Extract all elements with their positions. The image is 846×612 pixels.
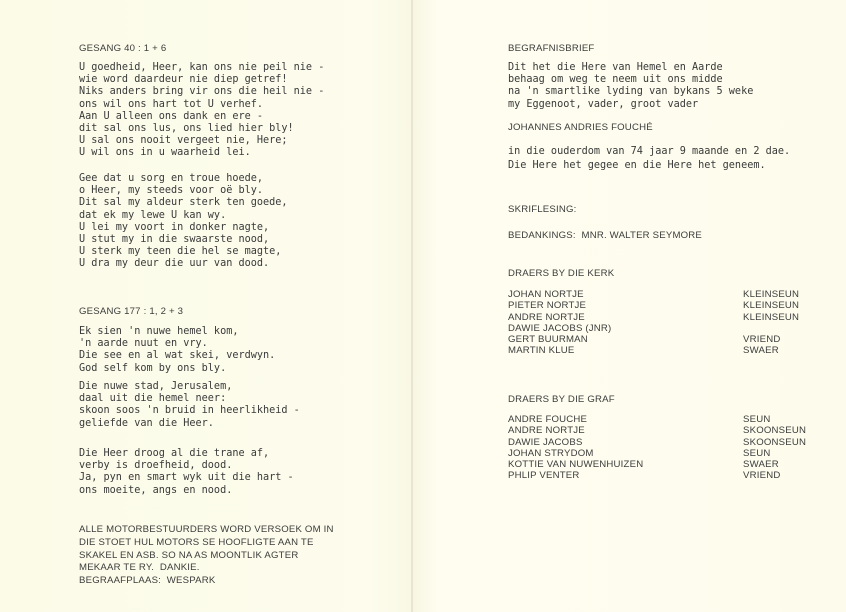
text-line: U wil ons in u waarheid lei. (79, 147, 324, 159)
bearer-relation: SWAER (743, 345, 779, 356)
bearer-relation: SKOONSEUN (743, 425, 806, 436)
bearer-name: GERT BUURMAN (508, 334, 743, 345)
text-line: Ek sien 'n nuwe hemel kom, (79, 326, 275, 338)
bearer-row: GERT BUURMANVRIEND (508, 334, 799, 345)
bearer-row: DAWIE JACOBSSKOONSEUN (508, 437, 806, 448)
text-line: BEGRAAFPLAAS: WESPARK (79, 575, 334, 588)
text-line: U sal ons nooit vergeet nie, Here; (79, 135, 324, 147)
hymn2-stanza3: Die Heer droog al die trane af,verby is … (79, 448, 294, 497)
bearer-row: PIETER NORTJEKLEINSEUN (508, 300, 799, 311)
text-line: Die Heer droog al die trane af, (79, 448, 294, 460)
bearer-relation: VRIEND (743, 334, 780, 345)
text-line: my Eggenoot, vader, groot vader (508, 99, 753, 111)
text-line: God self kom by ons bly. (79, 363, 275, 375)
text-line: geliefde van die Heer. (79, 418, 300, 430)
bearer-relation: SKOONSEUN (743, 437, 806, 448)
text-line: U lei my voort in donker nagte, (79, 222, 288, 234)
bearer-relation: KLEINSEUN (743, 300, 799, 311)
scripture-reading-label: SKRIFLESING: (508, 204, 577, 216)
bearer-row: ANDRE NORTJESKOONSEUN (508, 425, 806, 436)
bearer-name: PIETER NORTJE (508, 300, 743, 311)
hymn2-title: GESANG 177 : 1, 2 + 3 (79, 306, 183, 318)
bearer-relation: VRIEND (743, 470, 780, 481)
bearers-grave-table: ANDRE FOUCHESEUNANDRE NORTJESKOONSEUNDAW… (508, 414, 806, 482)
text-line: U dra my deur die uur van dood. (79, 258, 288, 270)
bearer-relation: SEUN (743, 414, 770, 425)
bearer-row: KOTTIE VAN NUWENHUIZENSWAER (508, 459, 806, 470)
bearer-name: ANDRE NORTJE (508, 312, 743, 323)
bearer-name: PHLIP VENTER (508, 470, 743, 481)
hymn1-stanza1: U goedheid, Heer, kan ons nie peil nie -… (79, 62, 324, 160)
text-line: wie word daardeur nie diep getref! (79, 74, 324, 86)
text-line: o Heer, my steeds voor oë bly. (79, 185, 288, 197)
bearers-church-heading: DRAERS BY DIE KERK (508, 268, 614, 280)
text-line: U stut my in die swaarste nood, (79, 234, 288, 246)
text-line: daal uit die hemel neer: (79, 393, 300, 405)
text-line: ALLE MOTORBESTUURDERS WORD VERSOEK OM IN (79, 524, 334, 537)
text-line: Ja, pyn en smart wyk uit die hart - (79, 472, 294, 484)
text-line: verby is droefheid, dood. (79, 460, 294, 472)
text-line: Dit sal my aldeur sterk ten goede, (79, 197, 288, 209)
text-line: na 'n smartlike lyding van bykans 5 weke (508, 86, 753, 98)
text-line: SKAKEL EN ASB. SO NA AS MOONTLIK AGTER (79, 550, 334, 563)
bearer-name: DAWIE JACOBS (508, 437, 743, 448)
text-line: ons wil ons hart tot U verhef. (79, 99, 324, 111)
bearer-row: PHLIP VENTERVRIEND (508, 470, 806, 481)
text-line: Die nuwe stad, Jerusalem, (79, 381, 300, 393)
bearers-grave-heading: DRAERS BY DIE GRAF (508, 394, 615, 406)
text-line: Dit het die Here van Hemel en Aarde (508, 62, 753, 74)
text-line: 'n aarde nuut en vry. (79, 338, 275, 350)
text-line: skoon soos 'n bruid in heerlikheid - (79, 405, 300, 417)
page-fold (411, 0, 413, 612)
bearer-row: MARTIN KLUESWAER (508, 345, 799, 356)
bearer-relation: SEUN (743, 448, 770, 459)
text-line: Aan U alleen ons dank en ere - (79, 111, 324, 123)
bearer-name: JOHAN STRYDOM (508, 448, 743, 459)
bearer-row: JOHAN STRYDOMSEUN (508, 448, 806, 459)
text-line: U goedheid, Heer, kan ons nie peil nie - (79, 62, 324, 74)
hymn1-title: GESANG 40 : 1 + 6 (79, 43, 166, 55)
bearer-name: ANDRE NORTJE (508, 425, 743, 436)
bearer-name: MARTIN KLUE (508, 345, 743, 356)
text-line: Niks anders bring vir ons die heil nie - (79, 86, 324, 98)
intro-text: Dit het die Here van Hemel en Aardebehaa… (508, 62, 753, 111)
hymn2-stanza2: Die nuwe stad, Jerusalem,daal uit die he… (79, 381, 300, 430)
text-line: behaag om weg te neem uit ons midde (508, 74, 753, 86)
text-line: DIE STOET HUL MOTORS SE HOOFLIGTE AAN TE (79, 537, 334, 550)
text-line: U sterk my teen die hel se magte, (79, 246, 288, 258)
bearer-row: ANDRE FOUCHESEUN (508, 414, 806, 425)
text-line: MEKAAR TE RY. DANKIE. (79, 562, 334, 575)
bearer-name: ANDRE FOUCHE (508, 414, 743, 425)
bearer-name: DAWIE JACOBS (JNR) (508, 323, 743, 334)
funeral-letter-title: BEGRAFNISBRIEF (508, 43, 595, 55)
scripture-quote: Die Here het gegee en die Here het genee… (508, 160, 766, 172)
hymn1-stanza2: Gee dat u sorg en troue hoede,o Heer, my… (79, 173, 288, 271)
bearer-name: KOTTIE VAN NUWENHUIZEN (508, 459, 743, 470)
text-line: Die see en al wat skei, verdwyn. (79, 350, 275, 362)
bearers-church-table: JOHAN NORTJEKLEINSEUNPIETER NORTJEKLEINS… (508, 289, 799, 357)
procession-notice: ALLE MOTORBESTUURDERS WORD VERSOEK OM IN… (79, 524, 334, 588)
deceased-name: JOHANNES ANDRIES FOUCHÉ (508, 122, 653, 134)
text-line: ons moeite, angs en nood. (79, 485, 294, 497)
text-line: Gee dat u sorg en troue hoede, (79, 173, 288, 185)
bearer-name: JOHAN NORTJE (508, 289, 743, 300)
bearer-relation: KLEINSEUN (743, 289, 799, 300)
age-line: in die ouderdom van 74 jaar 9 maande en … (508, 146, 790, 158)
bearer-row: ANDRE NORTJEKLEINSEUN (508, 312, 799, 323)
bearer-row: JOHAN NORTJEKLEINSEUN (508, 289, 799, 300)
bearer-relation: SWAER (743, 459, 779, 470)
thanks-line: BEDANKINGS: MNR. WALTER SEYMORE (508, 230, 702, 242)
text-line: dit sal ons lus, ons lied hier bly! (79, 123, 324, 135)
bearer-row: DAWIE JACOBS (JNR) (508, 323, 799, 334)
text-line: dat ek my lewe U kan wy. (79, 210, 288, 222)
bearer-relation: KLEINSEUN (743, 312, 799, 323)
hymn2-stanza1: Ek sien 'n nuwe hemel kom,'n aarde nuut … (79, 326, 275, 375)
